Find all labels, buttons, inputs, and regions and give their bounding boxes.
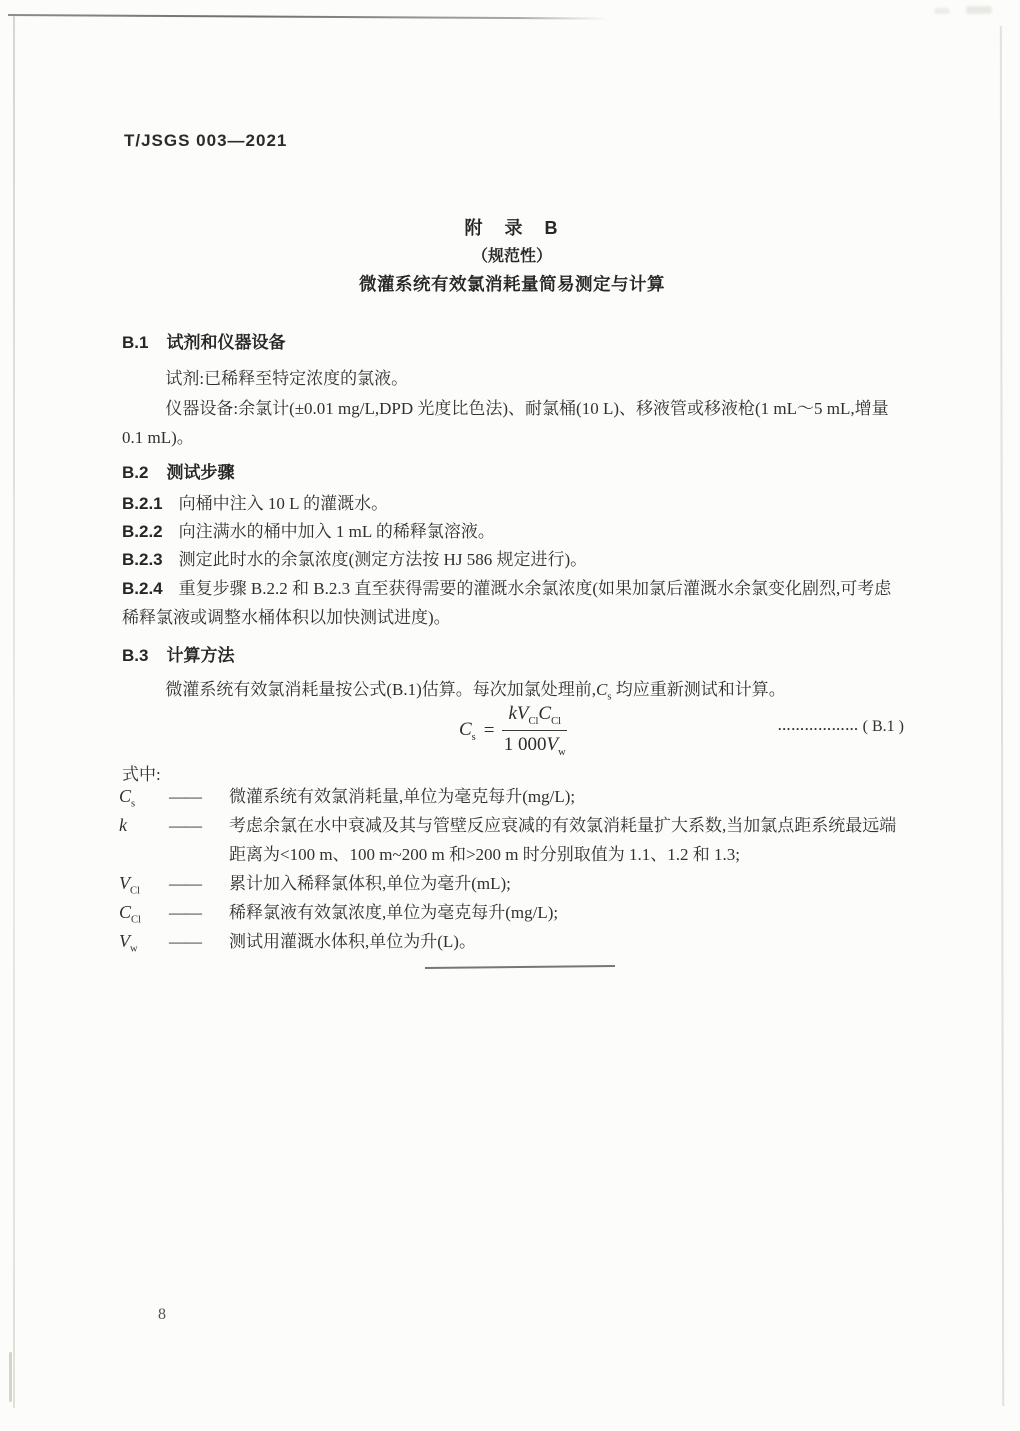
section-b3-title: 计算方法 bbox=[166, 646, 234, 665]
section-b1-heading: B.1试剂和仪器设备 bbox=[122, 328, 902, 353]
calculation-intro-paragraph: 微灌系统有效氯消耗量按公式(B.1)估算。每次加氯处理前,Cs 均应重新测试和计… bbox=[122, 675, 904, 704]
appendix-title-block: 附 录 B （规范性） 微灌系统有效氯消耗量简易测定与计算 bbox=[122, 213, 902, 299]
definition-ccl: CCl —— 稀释氯液有效氯浓度,单位为毫克每升(mg/L); bbox=[119, 898, 905, 927]
clause-number: B.2.2 bbox=[122, 522, 163, 541]
definition-dash: —— bbox=[169, 782, 229, 811]
appendix-normative-label: （规范性） bbox=[122, 243, 902, 270]
definition-text: 累计加入稀释氯体积,单位为毫升(mL); bbox=[229, 869, 905, 898]
appendix-heading: 附 录 B bbox=[122, 213, 902, 243]
clause-number: B.2.4 bbox=[122, 579, 163, 598]
equals-sign: = bbox=[484, 720, 495, 742]
symbol-subscript: Cl bbox=[130, 886, 140, 897]
scan-edge-top bbox=[8, 14, 608, 20]
clause-number: B.2.3 bbox=[122, 550, 163, 569]
section-b1-number: B.1 bbox=[122, 333, 148, 352]
reagent-paragraph: 试剂:已稀释至特定浓度的氯液。 bbox=[122, 364, 904, 393]
intro-text-before: 微灌系统有效氯消耗量按公式(B.1)估算。每次加氯处理前, bbox=[165, 680, 596, 699]
formula-leader: ………………( B.1 ) bbox=[778, 718, 904, 736]
document-page: T/JSGS 003—2021 附 录 B （规范性） 微灌系统有效氯消耗量简易… bbox=[0, 0, 1020, 1431]
definition-dash: —— bbox=[169, 811, 229, 840]
fraction-denominator: 1 000Vw bbox=[504, 731, 566, 758]
clause-b2-4: B.2.4重复步骤 B.2.2 和 B.2.3 直至获得需要的灌溉水余氯浓度(如… bbox=[122, 574, 904, 632]
end-of-text-rule bbox=[425, 965, 615, 969]
appendix-subject-title: 微灌系统有效氯消耗量简易测定与计算 bbox=[122, 270, 902, 299]
formula-fraction: kVClCCl 1 000Vw bbox=[502, 703, 567, 759]
clause-b2-2: B.2.2向注满水的桶中加入 1 mL 的稀释氯溶液。 bbox=[122, 517, 904, 546]
denominator-v: V bbox=[547, 734, 559, 755]
definition-symbol: Vw bbox=[119, 927, 169, 956]
symbol-letter: C bbox=[119, 786, 131, 806]
definition-vw: Vw —— 测试用灌溉水体积,单位为升(L)。 bbox=[119, 927, 905, 956]
variable-cs: Cs bbox=[596, 680, 611, 699]
clause-b2-1: B.2.1向桶中注入 10 L 的灌溉水。 bbox=[122, 489, 904, 518]
scan-smudge bbox=[934, 8, 950, 14]
formula-lhs-var: C bbox=[459, 719, 472, 740]
denominator-constant: 1 000 bbox=[504, 734, 547, 755]
section-b2-heading: B.2测试步骤 bbox=[122, 458, 902, 483]
section-b1-title: 试剂和仪器设备 bbox=[166, 333, 285, 352]
numerator-c: C bbox=[538, 703, 551, 724]
page-number: 8 bbox=[158, 1306, 166, 1324]
definition-text: 稀释氯液有效氯浓度,单位为毫克每升(mg/L); bbox=[229, 898, 905, 927]
numerator-kv: kV bbox=[508, 703, 528, 724]
document-number: T/JSGS 003—2021 bbox=[124, 131, 287, 151]
definition-cs: Cs —— 微灌系统有效氯消耗量,单位为毫克每升(mg/L); bbox=[119, 782, 905, 811]
definition-symbol: k bbox=[119, 811, 169, 840]
symbol-subscript: s bbox=[131, 799, 135, 810]
intro-text-after: 均应重新测试和计算。 bbox=[611, 680, 785, 699]
clause-b2-3: B.2.3测定此时水的余氯浓度(测定方法按 HJ 586 规定进行)。 bbox=[122, 545, 904, 574]
variable-symbol: C bbox=[596, 680, 607, 699]
definition-dash: —— bbox=[169, 869, 229, 898]
clause-text: 测定此时水的余氯浓度(测定方法按 HJ 586 规定进行)。 bbox=[179, 550, 587, 569]
definition-dash: —— bbox=[169, 898, 229, 927]
definition-symbol: Cs bbox=[119, 782, 169, 811]
symbol-letter: k bbox=[119, 815, 127, 835]
definition-text: 微灌系统有效氯消耗量,单位为毫克每升(mg/L); bbox=[229, 782, 905, 811]
definition-text: 测试用灌溉水体积,单位为升(L)。 bbox=[229, 927, 905, 956]
clause-text: 向注满水的桶中加入 1 mL 的稀释氯溶液。 bbox=[179, 522, 495, 541]
clause-text: 重复步骤 B.2.2 和 B.2.3 直至获得需要的灌溉水余氯浓度(如果加氯后灌… bbox=[122, 579, 891, 627]
symbol-letter: V bbox=[119, 931, 130, 951]
section-b3-number: B.3 bbox=[122, 646, 148, 665]
definition-symbol: CCl bbox=[119, 898, 169, 927]
definition-text: 考虑余氯在水中衰减及其与管壁反应衰减的有效氯消耗量扩大系数,当加氯点距系统最远端… bbox=[229, 811, 905, 869]
section-b2-title: 测试步骤 bbox=[166, 463, 234, 482]
definitions-list: Cs —— 微灌系统有效氯消耗量,单位为毫克每升(mg/L); k —— 考虑余… bbox=[119, 782, 905, 956]
definition-symbol: VCl bbox=[119, 869, 169, 898]
numerator-sub-cl2: Cl bbox=[551, 716, 561, 727]
leader-dots: ……………… bbox=[778, 718, 859, 733]
definition-dash: —— bbox=[169, 927, 229, 956]
scan-edge-right bbox=[1000, 26, 1004, 1406]
definition-k: k —— 考虑余氯在水中衰减及其与管壁反应衰减的有效氯消耗量扩大系数,当加氯点距… bbox=[119, 811, 905, 869]
scan-smudge bbox=[966, 6, 992, 14]
symbol-letter: C bbox=[119, 902, 131, 922]
clause-text: 向桶中注入 10 L 的灌溉水。 bbox=[179, 494, 389, 513]
scan-edge-left-mark bbox=[9, 1352, 12, 1402]
equipment-paragraph: 仪器设备:余氯计(±0.01 mg/L,DPD 光度比色法)、耐氯桶(10 L)… bbox=[122, 394, 904, 452]
formula-expression: Cs = kVClCCl 1 000Vw bbox=[459, 703, 567, 759]
symbol-subscript: Cl bbox=[131, 915, 141, 926]
section-b3-heading: B.3计算方法 bbox=[122, 641, 902, 666]
definition-vcl: VCl —— 累计加入稀释氯体积,单位为毫升(mL); bbox=[119, 869, 905, 898]
formula-lhs: Cs bbox=[459, 719, 476, 743]
symbol-subscript: w bbox=[130, 944, 138, 955]
scan-edge-left bbox=[13, 16, 15, 1408]
formula-lhs-sub: s bbox=[472, 731, 476, 742]
numerator-sub-cl: Cl bbox=[529, 716, 539, 727]
fraction-numerator: kVClCCl bbox=[502, 703, 567, 731]
formula-label: ( B.1 ) bbox=[863, 718, 904, 735]
denominator-sub-w: w bbox=[558, 747, 566, 758]
clause-number: B.2.1 bbox=[122, 494, 163, 513]
formula-b1: Cs = kVClCCl 1 000Vw ………………( B.1 ) bbox=[122, 703, 904, 757]
symbol-letter: V bbox=[119, 873, 130, 893]
section-b2-number: B.2 bbox=[122, 463, 148, 482]
